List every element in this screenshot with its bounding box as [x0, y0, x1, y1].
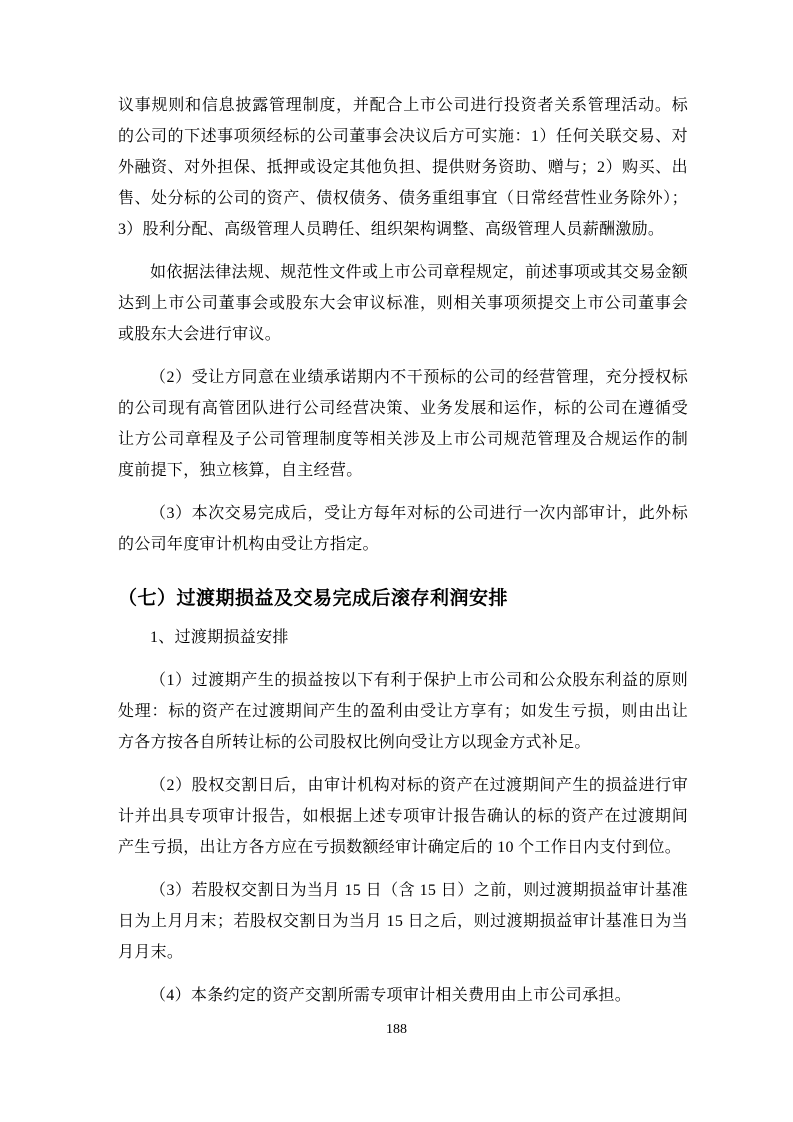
list-item-paragraph: （2）股权交割日后，由审计机构对标的资产在过渡期间产生的损益进行审计并出具专项审…: [118, 770, 688, 863]
list-item-paragraph: （3）若股权交割日为当月 15 日（含 15 日）之前，则过渡期损益审计基准日为…: [118, 875, 688, 968]
section-heading: （七）过渡期损益及交易完成后滚存利润安排: [118, 585, 688, 613]
page-number: 188: [386, 1022, 407, 1037]
list-item-paragraph: （1）过渡期产生的损益按以下有利于保护上市公司和公众股东利益的原则处理：标的资产…: [118, 665, 688, 758]
page-content: 议事规则和信息披露管理制度，并配合上市公司进行投资者关系管理活动。标的公司的下述…: [118, 90, 688, 1023]
body-paragraph-continuation: 议事规则和信息披露管理制度，并配合上市公司进行投资者关系管理活动。标的公司的下述…: [118, 90, 688, 245]
body-paragraph: （3）本次交易完成后，受让方每年对标的公司进行一次内部审计，此外标的公司年度审计…: [118, 498, 688, 560]
list-item-paragraph: （4）本条约定的资产交割所需专项审计相关费用由上市公司承担。: [118, 980, 688, 1011]
subsection-title: 1、过渡期损益安排: [118, 622, 688, 653]
body-paragraph: 如依据法律法规、规范性文件或上市公司章程规定，前述事项或其交易金额达到上市公司董…: [118, 257, 688, 350]
document-page: 议事规则和信息披露管理制度，并配合上市公司进行投资者关系管理活动。标的公司的下述…: [0, 0, 793, 1122]
body-paragraph: （2）受让方同意在业绩承诺期内不干预标的公司的经营管理，充分授权标的公司现有高管…: [118, 362, 688, 486]
page-footer: 188: [0, 1020, 793, 1040]
